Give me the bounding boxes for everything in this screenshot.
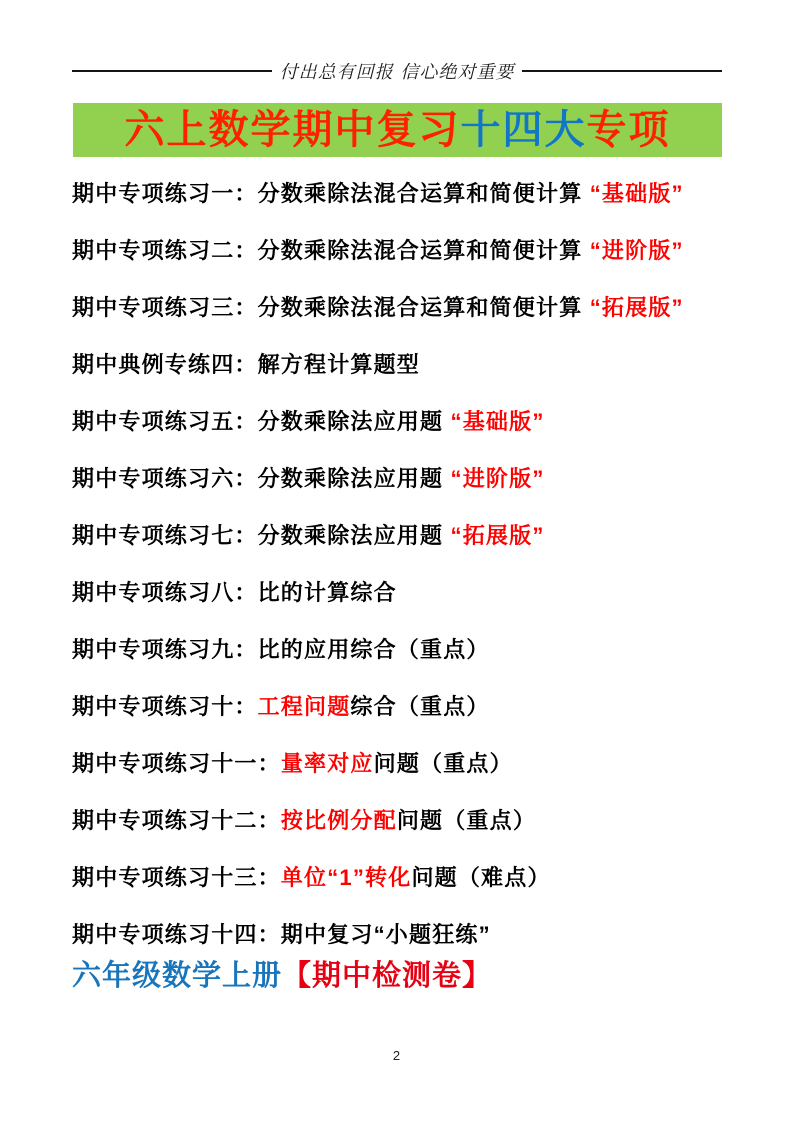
toc-item-9: 期中专项练习九：比的应用综合（重点） — [72, 637, 752, 662]
text-segment: “进阶版” — [590, 238, 684, 263]
toc-list: 期中专项练习一：分数乘除法混合运算和简便计算 “基础版” 期中专项练习二：分数乘… — [72, 181, 752, 979]
text-segment: 综合（重点） — [350, 694, 489, 719]
text-segment: 期中专项练习二：分数乘除法混合运算和简便计算 — [72, 238, 590, 263]
document-page: 付出总有回报 信心绝对重要 六上数学期中复习十四大专项 期中专项练习一：分数乘除… — [0, 0, 793, 1122]
text-segment: “拓展版” — [451, 523, 545, 548]
text-segment: 六年级数学上册 — [72, 960, 282, 992]
text-segment: 期中专项练习六：分数乘除法应用题 — [72, 466, 451, 491]
toc-item-1: 期中专项练习一：分数乘除法混合运算和简便计算 “基础版” — [72, 181, 752, 206]
text-segment: 按比例分配 — [281, 808, 397, 833]
header-rule-right — [522, 70, 722, 72]
toc-item-8: 期中专项练习八：比的计算综合 — [72, 580, 752, 605]
text-segment: 期中专项练习九：比的应用综合（重点） — [72, 637, 490, 662]
text-segment: 十四大 — [461, 110, 587, 150]
toc-item-2: 期中专项练习二：分数乘除法混合运算和简便计算 “进阶版” — [72, 238, 752, 263]
toc-item-13: 期中专项练习十三：单位“1”转化问题（难点） — [72, 865, 752, 890]
toc-item-6: 期中专项练习六：分数乘除法应用题 “进阶版” — [72, 466, 752, 491]
header-motto: 付出总有回报 信心绝对重要 — [272, 58, 523, 84]
text-segment: 量率对应 — [281, 751, 374, 776]
text-segment: 问题（重点） — [397, 808, 536, 833]
text-segment: 【期中检测卷】 — [282, 960, 492, 992]
text-segment: 期中专项练习七：分数乘除法应用题 — [72, 523, 451, 548]
toc-item-12: 期中专项练习十二：按比例分配问题（重点） — [72, 808, 752, 833]
text-segment: 期中典例专练四：解方程计算题型 — [72, 352, 420, 377]
text-segment: 问题（难点） — [411, 865, 550, 890]
text-segment: 期中专项练习十二： — [72, 808, 281, 833]
toc-item-14: 期中专项练习十四：期中复习“小题狂练” — [72, 922, 752, 947]
text-segment: 期中专项练习十四：期中复习“小题狂练” — [72, 922, 491, 947]
text-segment: 期中专项练习三：分数乘除法混合运算和简便计算 — [72, 295, 590, 320]
toc-item-3: 期中专项练习三：分数乘除法混合运算和简便计算 “拓展版” — [72, 295, 752, 320]
toc-item-4: 期中典例专练四：解方程计算题型 — [72, 352, 752, 377]
header-motto-row: 付出总有回报 信心绝对重要 — [72, 54, 722, 88]
toc-item-11: 期中专项练习十一：量率对应问题（重点） — [72, 751, 752, 776]
text-segment: 期中专项练习十一： — [72, 751, 281, 776]
toc-item-7: 期中专项练习七：分数乘除法应用题 “拓展版” — [72, 523, 752, 548]
text-segment: 专项 — [587, 110, 671, 150]
header-rule-left — [72, 70, 272, 72]
text-segment: 期中专项练习八：比的计算综合 — [72, 580, 397, 605]
page-number: 2 — [0, 1048, 793, 1063]
text-segment: 问题（重点） — [374, 751, 513, 776]
text-segment: “拓展版” — [590, 295, 684, 320]
title-banner: 六上数学期中复习十四大专项 — [73, 103, 722, 157]
toc-item-5: 期中专项练习五：分数乘除法应用题 “基础版” — [72, 409, 752, 434]
text-segment: 期中专项练习十三： — [72, 865, 281, 890]
text-segment: 单位“1”转化 — [281, 865, 412, 890]
text-segment: 期中专项练习五：分数乘除法应用题 — [72, 409, 451, 434]
text-segment: 六上数学期中复习 — [125, 110, 461, 150]
text-segment: 工程问题 — [258, 694, 351, 719]
text-segment: 期中专项练习十： — [72, 694, 258, 719]
footer-title: 六年级数学上册【期中检测卷】 — [72, 953, 492, 994]
text-segment: “基础版” — [590, 181, 684, 206]
text-segment: 期中专项练习一：分数乘除法混合运算和简便计算 — [72, 181, 590, 206]
toc-item-10: 期中专项练习十：工程问题综合（重点） — [72, 694, 752, 719]
text-segment: “进阶版” — [451, 466, 545, 491]
text-segment: “基础版” — [451, 409, 545, 434]
